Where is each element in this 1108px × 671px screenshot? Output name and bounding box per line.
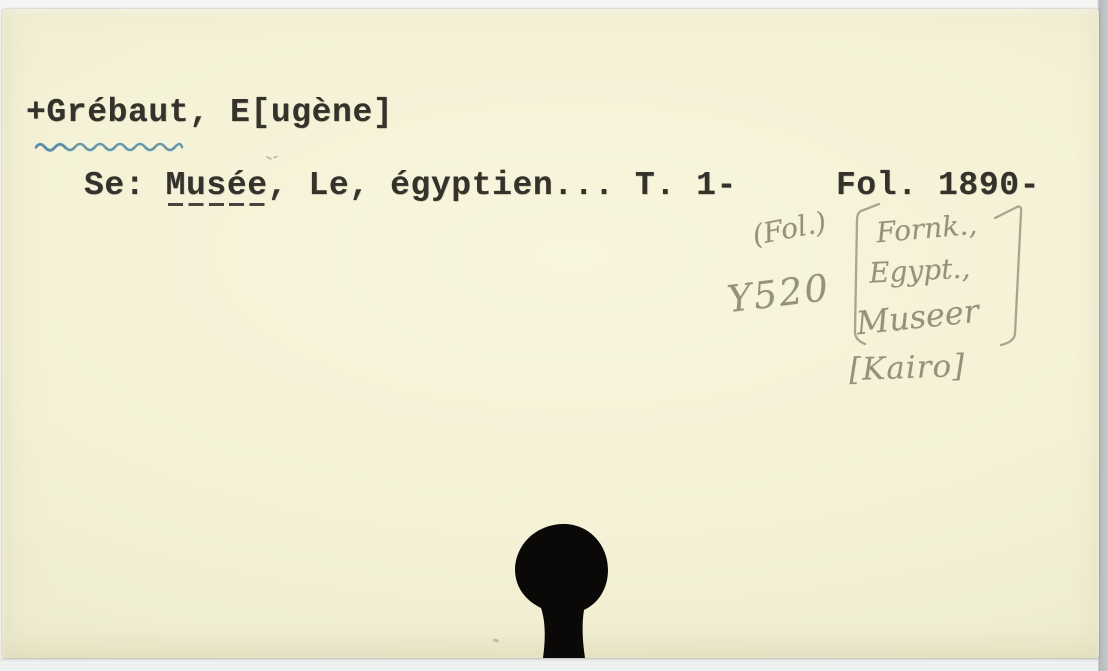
pencil-tick-mark [266, 154, 278, 162]
see-title: Musée [166, 169, 268, 202]
wavy-underline [33, 139, 185, 153]
place-note: [Kairo] [848, 348, 965, 388]
see-reference-line: Se: Musée, Le, égyptien... T. 1- [84, 169, 737, 202]
heading-line: +Grébaut, E[ugène] [26, 96, 393, 129]
punch-hole [505, 518, 625, 659]
folio-year: Fol. 1890- [836, 169, 1040, 202]
see-title-underline [168, 203, 266, 206]
scanned-catalog-card-image: +Grébaut, E[ugène] Se: Musée, Le, égypti… [0, 0, 1108, 671]
heading-rest: , E[ugène] [189, 94, 393, 131]
subject-line: Egypt., [868, 251, 971, 289]
see-prefix: Se: [84, 167, 166, 204]
heading-plus-mark: + [26, 94, 46, 131]
see-rest: , Le, égyptien... T. 1- [268, 167, 737, 204]
heading-name: Grébaut [46, 94, 189, 131]
see-title-text: Musée [166, 167, 268, 204]
